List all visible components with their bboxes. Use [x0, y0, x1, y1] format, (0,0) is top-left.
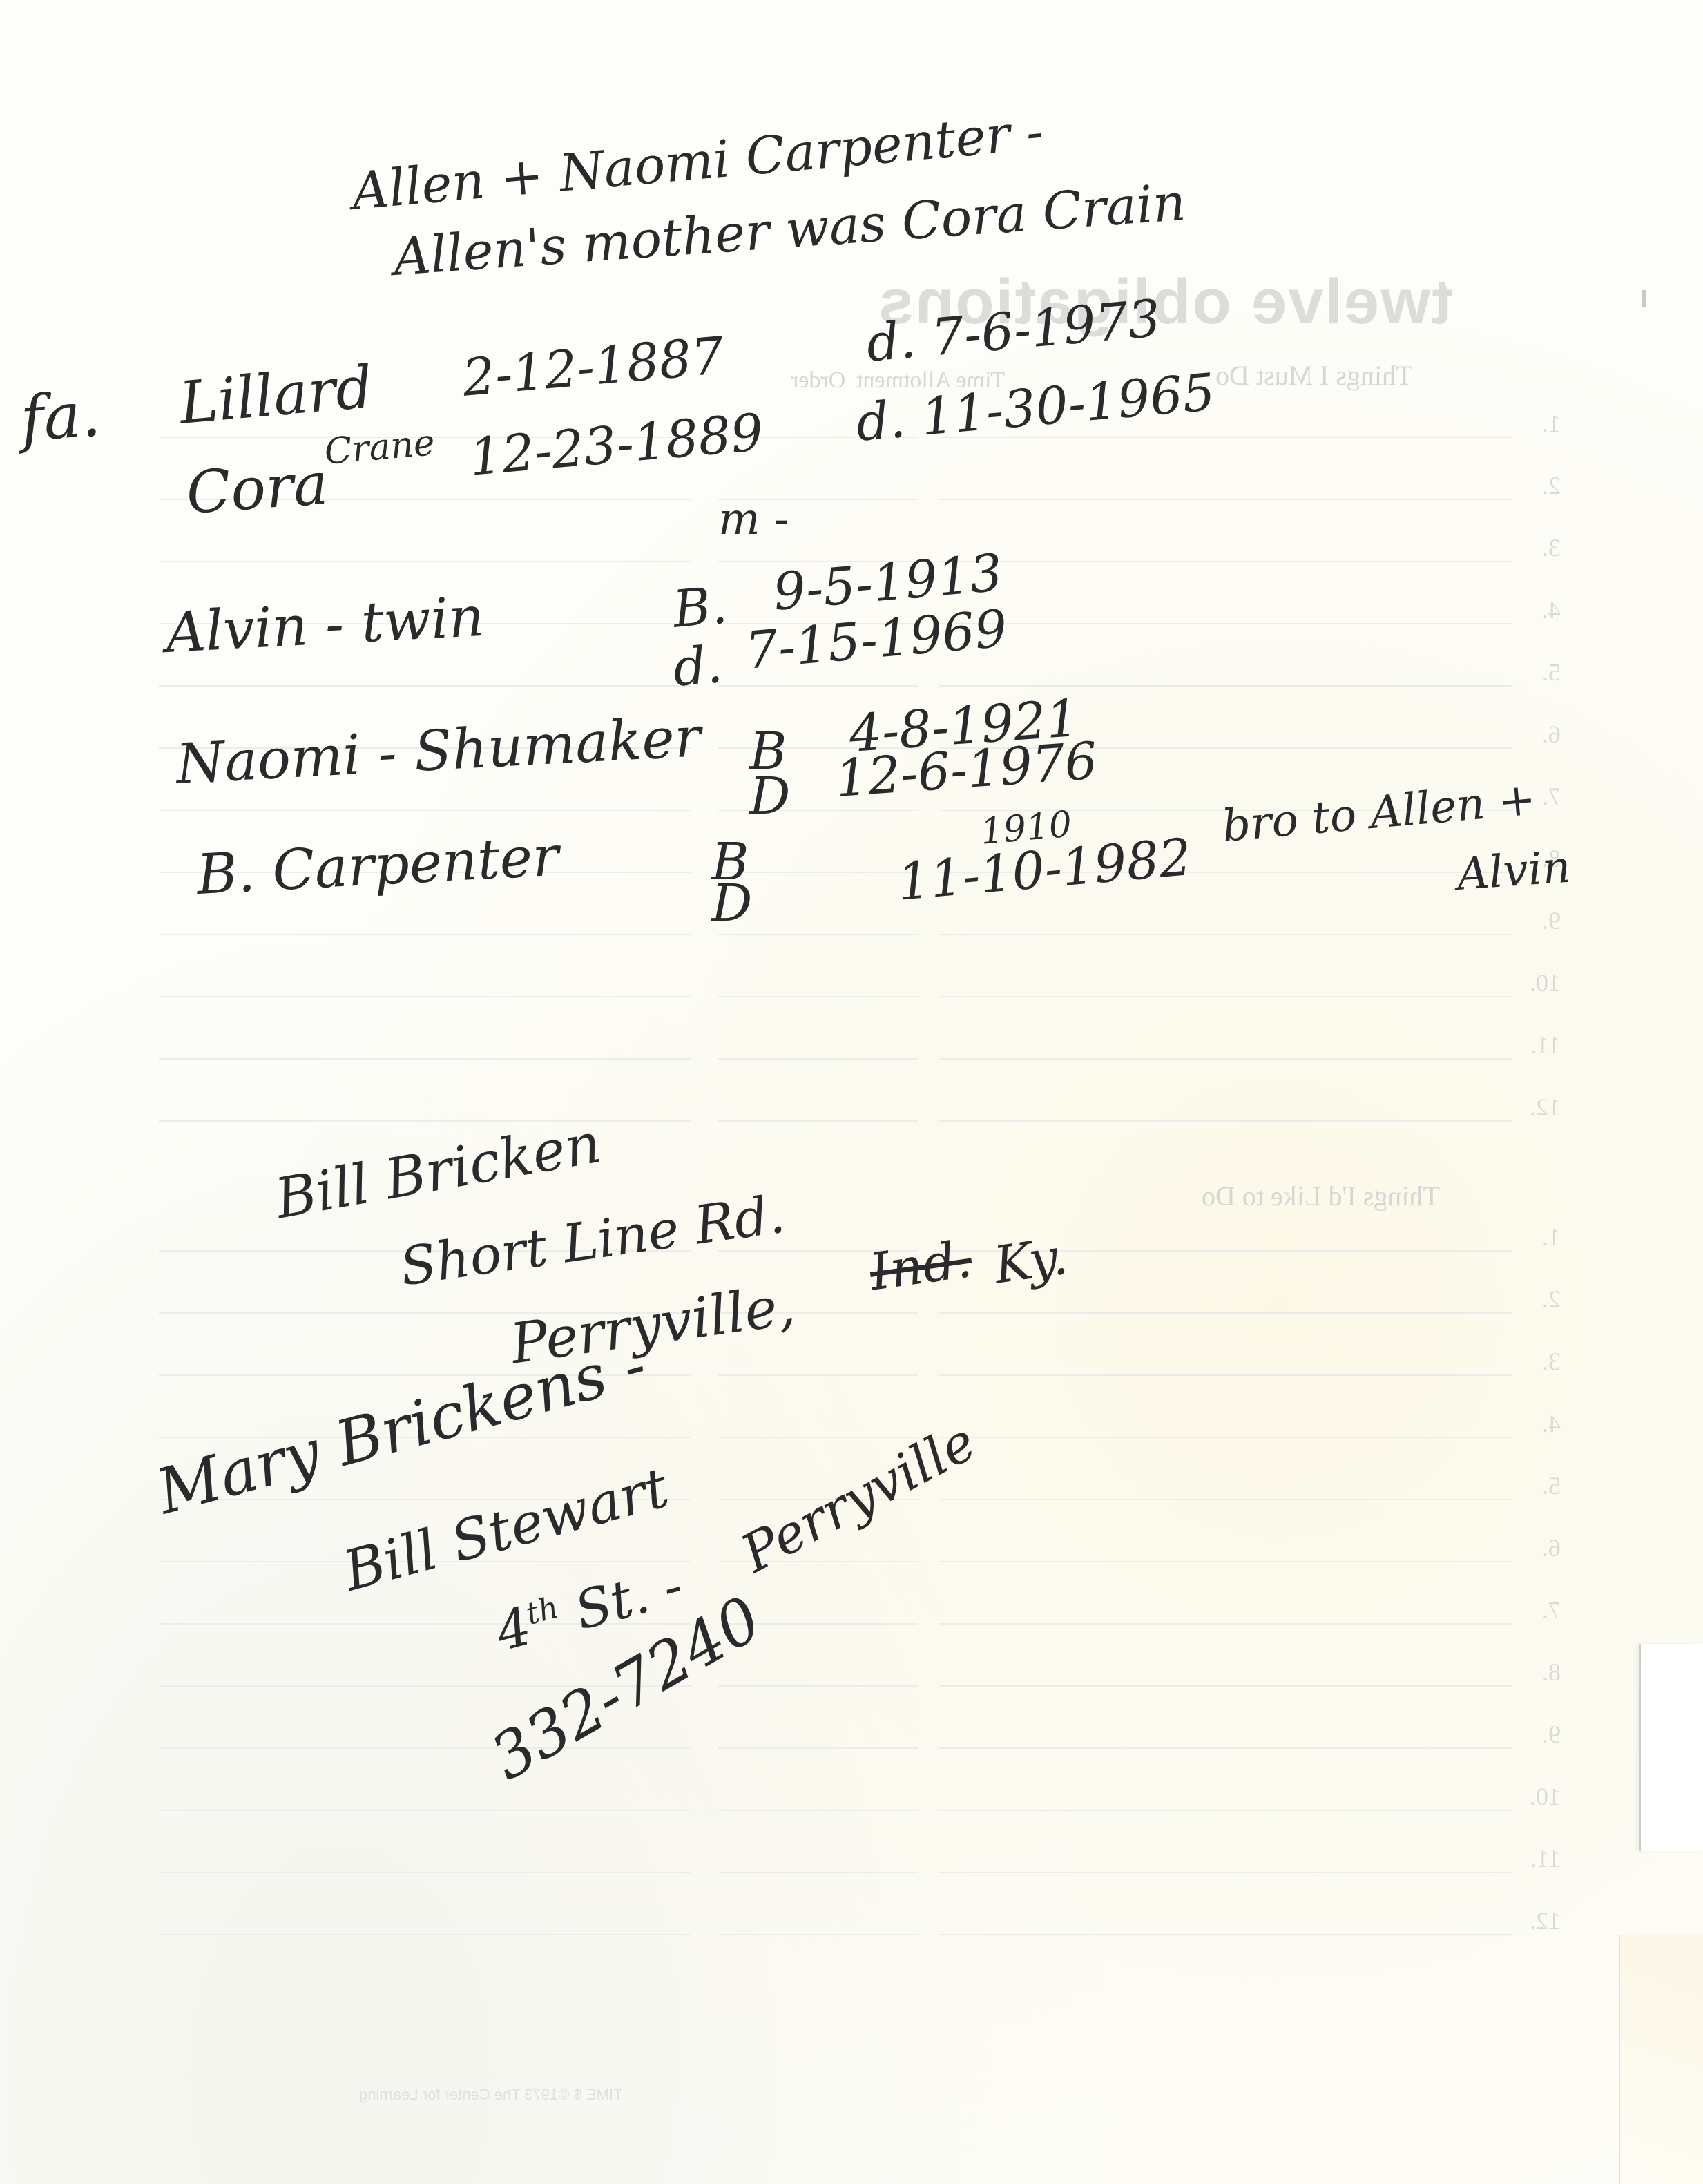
ghost-row-number: 4. — [1512, 595, 1561, 624]
child-b-note-line-2: Alvin — [1455, 842, 1572, 901]
ghost-row-line — [159, 685, 691, 687]
folded-flap — [1639, 1644, 1703, 1851]
father-label: fa. — [18, 378, 103, 456]
ghost-row-line — [939, 561, 1512, 562]
cora-name: Cora — [184, 450, 330, 527]
ghost-row-line — [159, 1872, 691, 1873]
ghost-row-line — [718, 685, 918, 687]
ghost-row-number: 5. — [1512, 1471, 1561, 1500]
ghost-row-line — [159, 810, 691, 811]
ghost-row-line — [718, 996, 918, 997]
edge-mark — [1642, 290, 1646, 307]
ghost-row-line — [718, 1058, 918, 1060]
ghost-row-number: 4. — [1512, 1409, 1561, 1438]
ghost-row-line — [718, 1120, 918, 1122]
ghost-row-line — [939, 1499, 1512, 1500]
ghost-row-number: 12. — [1512, 1906, 1561, 1935]
ghost-row-number: 9. — [1512, 1720, 1561, 1749]
ghost-row-line — [939, 1312, 1512, 1314]
ghost-row-number: 2. — [1512, 1285, 1561, 1314]
ghost-row-number: 5. — [1512, 658, 1561, 687]
ghost-row-line — [159, 1934, 691, 1935]
child-alvin-born-label: B. — [671, 575, 729, 639]
ghost-row-line — [939, 1623, 1512, 1625]
ghost-row-line — [939, 499, 1512, 500]
ghost-row-number: 8. — [1512, 1658, 1561, 1687]
ghost-footer: TIME $ ©1973 The Center for Learning — [359, 2086, 622, 2104]
ghost-row-number: 6. — [1512, 720, 1561, 749]
ghost-row-line — [939, 1934, 1512, 1935]
ghost-row-number: 7. — [1512, 1596, 1561, 1625]
ghost-row-line — [939, 1685, 1512, 1687]
ghost-row-number: 9. — [1512, 906, 1561, 935]
ghost-row-line — [939, 685, 1512, 687]
ghost-row-line — [718, 1685, 918, 1687]
ghost-row-line — [939, 1058, 1512, 1060]
ghost-row-number: 10. — [1512, 968, 1561, 997]
ghost-row-number: 12. — [1512, 1093, 1561, 1122]
ghost-col-order: Order — [791, 367, 845, 394]
ghost-row-line — [159, 561, 691, 562]
ghost-row-line — [718, 934, 918, 935]
paper-corner — [1619, 1935, 1703, 2184]
ghost-row-line — [939, 1810, 1512, 1811]
ghost-row-line — [159, 1810, 691, 1811]
ghost-row-number: 10. — [1512, 1782, 1561, 1811]
ghost-row-number: 2. — [1512, 471, 1561, 500]
ghost-row-line — [939, 1747, 1512, 1749]
ghost-row-number: 1. — [1512, 1223, 1561, 1252]
ghost-row-line — [718, 1872, 918, 1873]
ghost-row-number: 11. — [1512, 1031, 1561, 1060]
ghost-row-number: 11. — [1512, 1844, 1561, 1873]
ghost-row-line — [159, 934, 691, 935]
ghost-heading-like-to-do: Things I'd Like to Do — [1202, 1180, 1440, 1212]
ghost-row-number: 3. — [1512, 533, 1561, 562]
ghost-row-line — [939, 996, 1512, 997]
ghost-row-line — [159, 1747, 691, 1749]
ghost-row-line — [939, 1437, 1512, 1438]
contact1-state: Ky. — [990, 1227, 1071, 1296]
ghost-row-line — [718, 1810, 918, 1811]
ghost-row-number: 6. — [1512, 1533, 1561, 1562]
marriage-mark: m - — [718, 494, 789, 545]
ghost-row-line — [718, 810, 918, 811]
ghost-row-line — [939, 934, 1512, 935]
child-b-died-label: D — [711, 874, 752, 933]
child-naomi-died-label: D — [749, 767, 790, 826]
ghost-row-line — [718, 1437, 918, 1438]
ghost-row-line — [718, 1747, 918, 1749]
ghost-row-line — [718, 1934, 918, 1935]
ghost-row-line — [939, 623, 1512, 624]
ghost-row-line — [718, 1374, 918, 1376]
ghost-row-line — [939, 1561, 1512, 1562]
ghost-heading-must-do: Things I Must Do — [1215, 359, 1413, 392]
ghost-row-line — [159, 1120, 691, 1122]
ghost-row-line — [939, 1374, 1512, 1376]
ghost-row-line — [939, 1120, 1512, 1122]
ghost-row-line — [159, 996, 691, 997]
ghost-row-number: 3. — [1512, 1347, 1561, 1376]
ghost-row-number: 1. — [1512, 409, 1561, 438]
ghost-row-line — [939, 1872, 1512, 1873]
ghost-row-line — [159, 1058, 691, 1060]
child-alvin-died-label: d. — [671, 635, 724, 698]
